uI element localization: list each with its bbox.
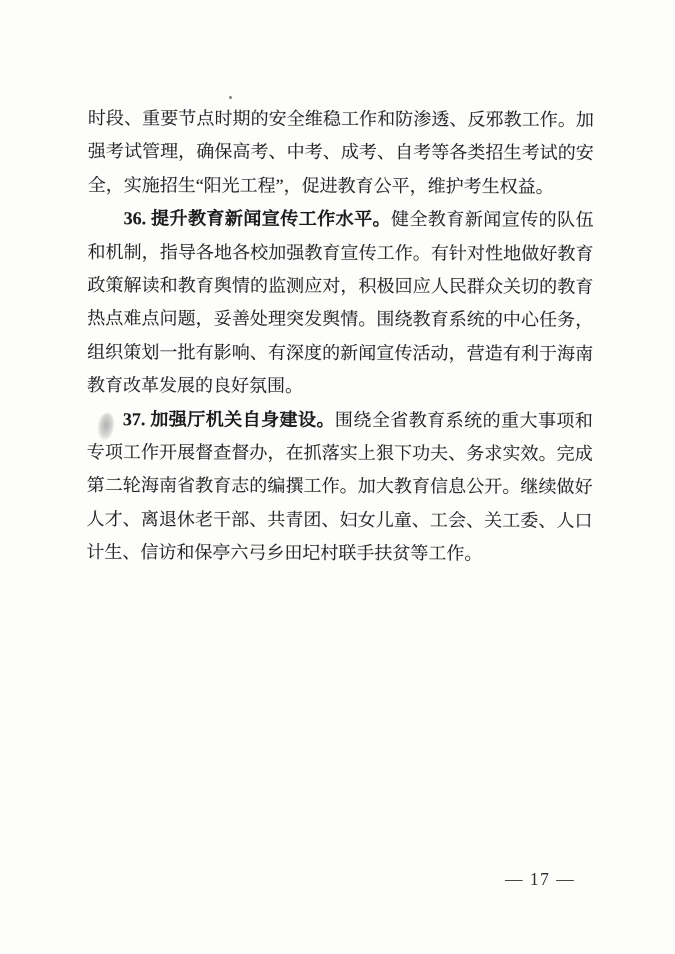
item-37-body: 围绕全省教育系统的重大事项和专项工作开展督查督办，在抓落实上狠下功夫、务求实效。… <box>86 410 593 564</box>
paragraph-item-37: 37. 加强厅机关自身建设。围绕全省教育系统的重大事项和专项工作开展督查督办，在… <box>86 403 593 572</box>
scanned-document-page: 时段、重要节点时期的安全维稳工作和防渗透、反邪教工作。加强考试管理，确保高考、中… <box>0 0 675 954</box>
scan-speck <box>229 96 232 99</box>
paragraph-continuation: 时段、重要节点时期的安全维稳工作和防渗透、反邪教工作。加强考试管理，确保高考、中… <box>88 102 594 204</box>
item-36-body: 健全教育新闻宣传的队伍和机制，指导各地各校加强教育宣传工作。有针对性地做好教育政… <box>87 209 594 396</box>
paragraph-continuation-text: 时段、重要节点时期的安全维稳工作和防渗透、反邪教工作。加强考试管理，确保高考、中… <box>88 108 594 196</box>
document-text-block: 时段、重要节点时期的安全维稳工作和防渗透、反邪教工作。加强考试管理，确保高考、中… <box>86 102 594 571</box>
paragraph-item-36: 36. 提升教育新闻宣传工作水平。健全教育新闻宣传的队伍和机制，指导各地各校加强… <box>87 202 594 404</box>
item-36-heading: 36. 提升教育新闻宣传工作水平。 <box>124 208 391 229</box>
item-37-heading: 37. 加强厅机关自身建设。 <box>123 409 335 430</box>
page-number: — 17 — <box>505 869 575 890</box>
